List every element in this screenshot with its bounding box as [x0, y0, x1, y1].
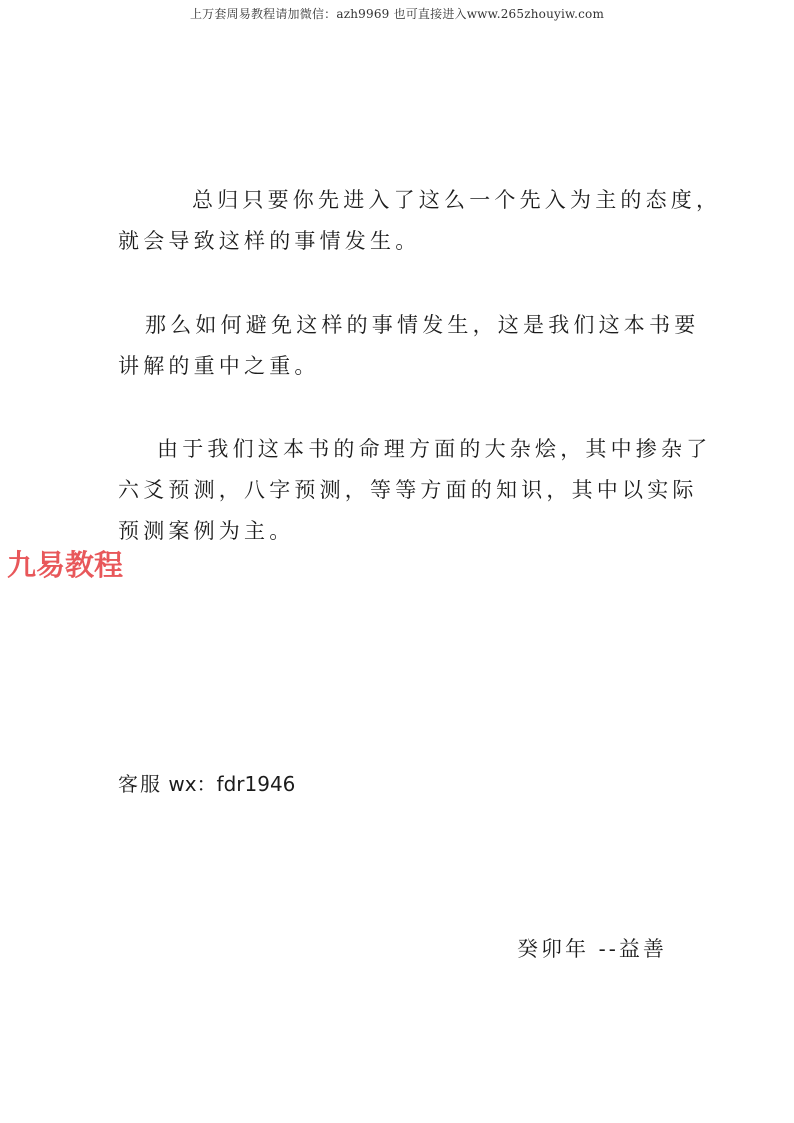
- contact-label: 客服: [118, 772, 162, 796]
- paragraph-line: 预测案例为主。: [118, 511, 688, 552]
- paragraph-line: 那么如何避免这样的事情发生，这是我们这本书要: [118, 305, 688, 346]
- paragraph-line: 六爻预测，八字预测，等等方面的知识，其中以实际: [118, 470, 688, 511]
- contact-value: wx：fdr1946: [168, 772, 295, 796]
- paragraph-3: 由于我们这本书的命理方面的大杂烩，其中掺杂了 六爻预测，八字预测，等等方面的知识…: [118, 429, 688, 552]
- paragraph-line: 由于我们这本书的命理方面的大杂烩，其中掺杂了: [118, 429, 688, 470]
- customer-service-contact: 客服 wx：fdr1946: [118, 768, 295, 797]
- paragraph-2: 那么如何避免这样的事情发生，这是我们这本书要 讲解的重中之重。: [118, 305, 688, 387]
- brand-watermark: 九易教程: [7, 543, 123, 584]
- paragraph-line: 总归只要你先进入了这么一个先入为主的态度，: [118, 180, 688, 221]
- paragraph-line: 讲解的重中之重。: [118, 346, 688, 387]
- signature: 癸卯年 --益善: [517, 933, 667, 963]
- header-promo-note: 上万套周易教程请加微信：azh9969 也可直接进入www.265zhouyiw…: [0, 5, 794, 22]
- paragraph-1: 总归只要你先进入了这么一个先入为主的态度， 就会导致这样的事情发生。: [118, 180, 688, 262]
- paragraph-line: 就会导致这样的事情发生。: [118, 221, 688, 262]
